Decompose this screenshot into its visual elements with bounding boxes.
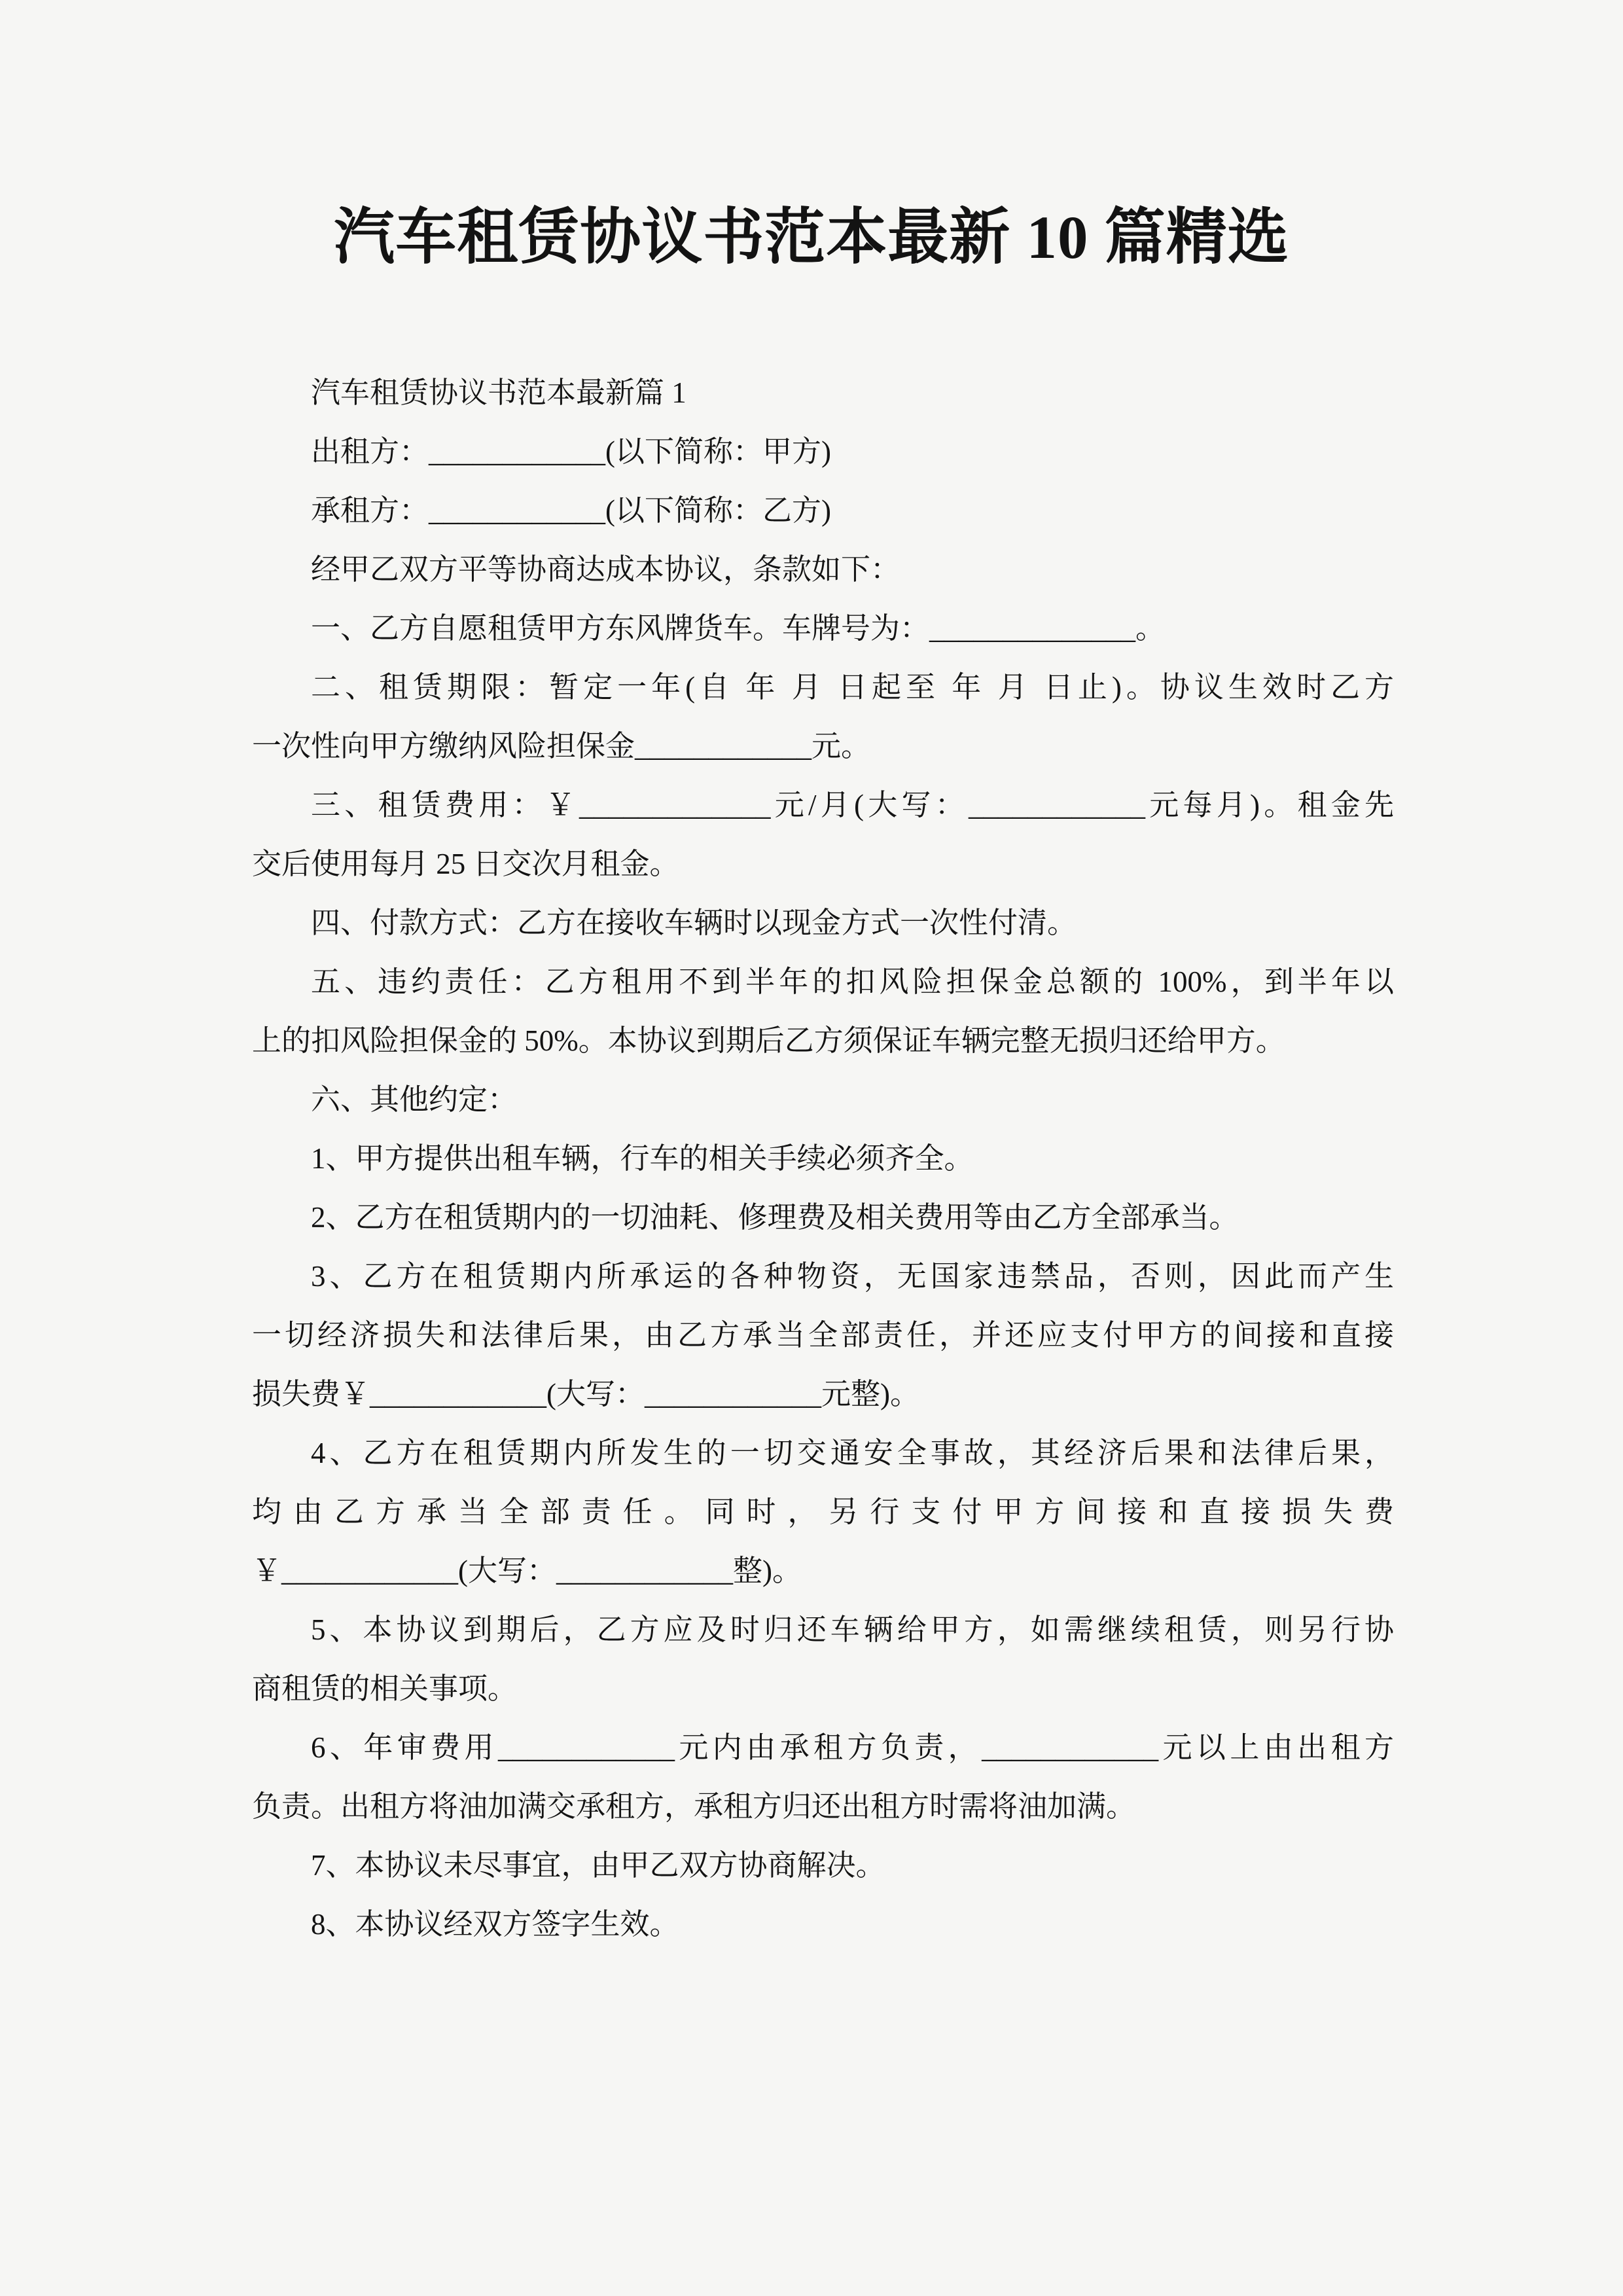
text-line: 一切经济损失和法律后果，由乙方承当全部责任，并还应支付甲方的间接和直接 [252,1306,1394,1365]
paragraph: 承租方：____________(以下简称：乙方) [252,481,1394,540]
paragraph: 3、乙方在租赁期内所承运的各种物资，无国家违禁品，否则，因此而产生一切经济损失和… [252,1247,1394,1424]
paragraph: 8、本协议经双方签字生效。 [252,1895,1394,1954]
paragraph: 7、本协议未尽事宜，由甲乙双方协商解决。 [252,1836,1394,1895]
text-line: 6、年审费用____________元内由承租方负责，____________元… [252,1718,1394,1777]
text-line: 均由乙方承当全部责任。同时，另行支付甲方间接和直接损失费 [252,1482,1394,1541]
document-page: 汽车租赁协议书范本最新 10 篇精选 汽车租赁协议书范本最新篇 1出租方：___… [0,0,1623,2296]
text-line: 3、乙方在租赁期内所承运的各种物资，无国家违禁品，否则，因此而产生 [252,1247,1394,1306]
text-line: 汽车租赁协议书范本最新篇 1 [252,363,1394,422]
paragraph: 六、其他约定： [252,1070,1394,1129]
text-line: 经甲乙双方平等协商达成本协议，条款如下： [252,540,1394,599]
text-line: 承租方：____________(以下简称：乙方) [252,481,1394,540]
text-line: 4、乙方在租赁期内所发生的一切交通安全事故，其经济后果和法律后果， [252,1424,1394,1482]
text-line: 7、本协议未尽事宜，由甲乙双方协商解决。 [252,1836,1394,1895]
text-line: 五、违约责任：乙方租用不到半年的扣风险担保金总额的 100%，到半年以 [252,952,1394,1011]
text-line: 六、其他约定： [252,1070,1394,1129]
paragraph: 二、租赁期限：暂定一年(自 年 月 日起至 年 月 日止)。协议生效时乙方一次性… [252,658,1394,776]
paragraph: 汽车租赁协议书范本最新篇 1 [252,363,1394,422]
paragraph: 五、违约责任：乙方租用不到半年的扣风险担保金总额的 100%，到半年以上的扣风险… [252,952,1394,1070]
paragraph: 出租方：____________(以下简称：甲方) [252,422,1394,481]
paragraph: 三、租赁费用：￥_____________元/月(大写：____________… [252,776,1394,893]
text-line: 上的扣风险担保金的 50%。本协议到期后乙方须保证车辆完整无损归还给甲方。 [252,1011,1394,1070]
text-line: 三、租赁费用：￥_____________元/月(大写：____________… [252,776,1394,834]
text-line: 2、乙方在租赁期内的一切油耗、修理费及相关费用等由乙方全部承当。 [252,1188,1394,1247]
paragraph: 1、甲方提供出租车辆，行车的相关手续必须齐全。 [252,1129,1394,1188]
text-line: 出租方：____________(以下简称：甲方) [252,422,1394,481]
paragraph: 6、年审费用____________元内由承租方负责，____________元… [252,1718,1394,1836]
text-line: 5、本协议到期后，乙方应及时归还车辆给甲方，如需继续租赁，则另行协 [252,1600,1394,1659]
paragraph: 经甲乙双方平等协商达成本协议，条款如下： [252,540,1394,599]
paragraph: 2、乙方在租赁期内的一切油耗、修理费及相关费用等由乙方全部承当。 [252,1188,1394,1247]
text-line: 一次性向甲方缴纳风险担保金____________元。 [252,717,1394,776]
text-line: 8、本协议经双方签字生效。 [252,1895,1394,1954]
text-line: 1、甲方提供出租车辆，行车的相关手续必须齐全。 [252,1129,1394,1188]
paragraph: 四、付款方式：乙方在接收车辆时以现金方式一次性付清。 [252,893,1394,952]
text-line: 负责。出租方将油加满交承租方，承租方归还出租方时需将油加满。 [252,1777,1394,1836]
text-line: 交后使用每月 25 日交次月租金。 [252,834,1394,893]
document-title: 汽车租赁协议书范本最新 10 篇精选 [0,0,1623,291]
document-body: 汽车租赁协议书范本最新篇 1出租方：____________(以下简称：甲方)承… [252,363,1394,1954]
text-line: 损失费￥____________(大写：____________元整)。 [252,1365,1394,1424]
text-line: 一、乙方自愿租赁甲方东风牌货车。车牌号为：______________。 [252,599,1394,658]
text-line: 二、租赁期限：暂定一年(自 年 月 日起至 年 月 日止)。协议生效时乙方 [252,658,1394,717]
paragraph: 5、本协议到期后，乙方应及时归还车辆给甲方，如需继续租赁，则另行协商租赁的相关事… [252,1600,1394,1718]
paragraph: 一、乙方自愿租赁甲方东风牌货车。车牌号为：______________。 [252,599,1394,658]
text-line: 商租赁的相关事项。 [252,1659,1394,1718]
text-line: ￥____________(大写：____________整)。 [252,1541,1394,1600]
text-line: 四、付款方式：乙方在接收车辆时以现金方式一次性付清。 [252,893,1394,952]
paragraph: 4、乙方在租赁期内所发生的一切交通安全事故，其经济后果和法律后果，均由乙方承当全… [252,1424,1394,1600]
